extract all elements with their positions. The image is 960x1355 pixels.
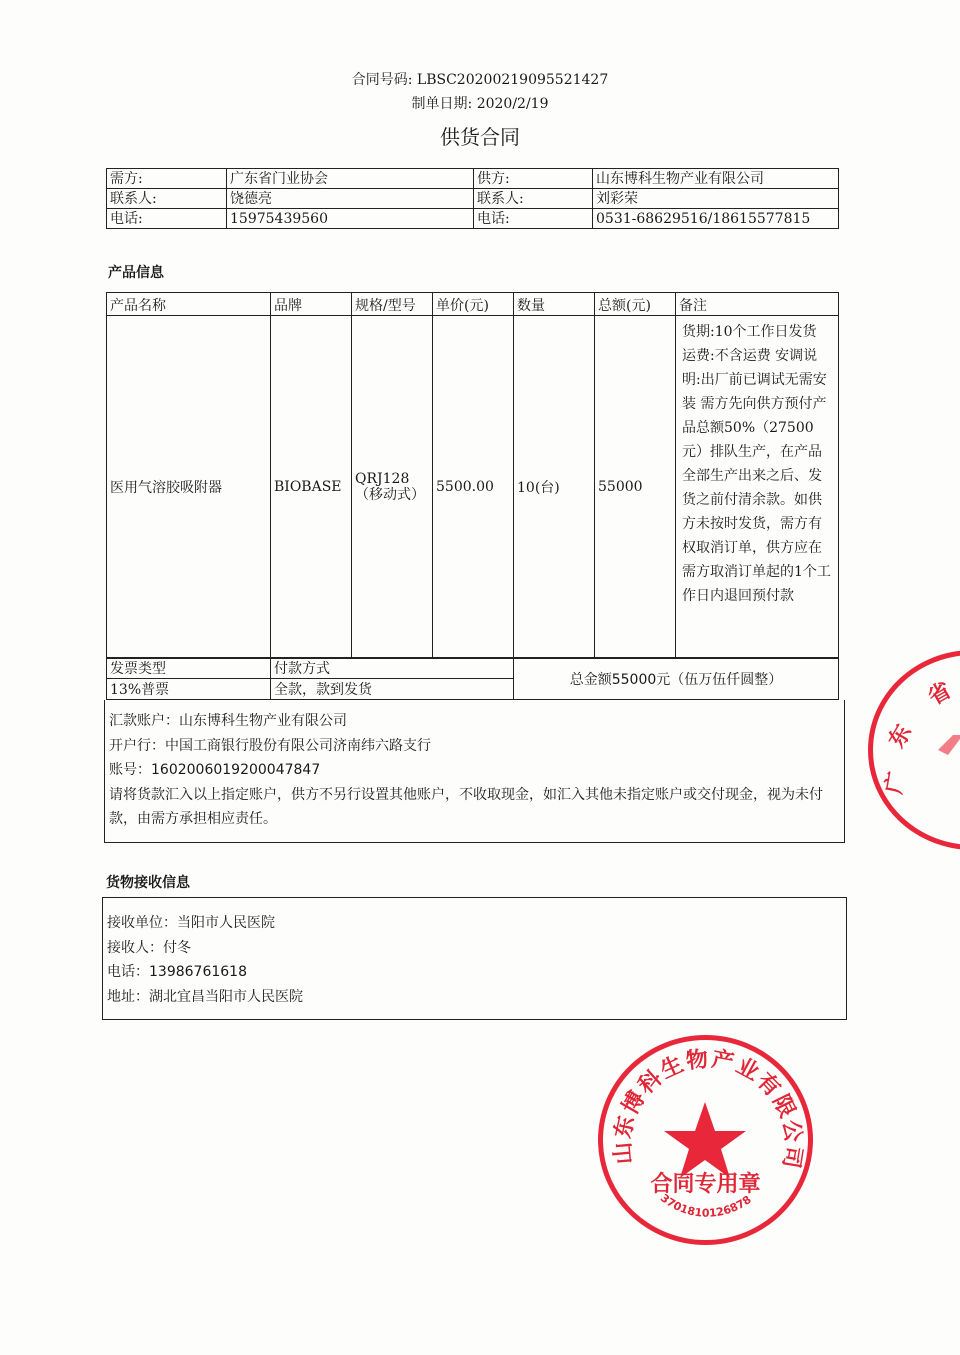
col-model: 规格/型号	[352, 293, 433, 316]
seller-contact-label: 联系人:	[474, 189, 593, 209]
grand-total: 总金额55000元（伍万伍仟圆整）	[514, 658, 839, 700]
buyer-contact-label: 联系人:	[107, 189, 227, 209]
product-name: 医用气溶胶吸附器	[107, 316, 271, 659]
product-model: QRJ128（移动式）	[352, 316, 433, 659]
account-number: 账号：1602006019200047847	[105, 758, 844, 783]
buyer-label: 需方:	[107, 169, 227, 189]
payment-method: 全款，款到发货	[271, 679, 514, 700]
parties-table: 需方: 广东省门业协会 供方: 山东博科生物产业有限公司 联系人: 饶德亮 联系…	[106, 168, 839, 229]
payment-method-label: 付款方式	[271, 658, 514, 679]
product-unit-price: 5500.00	[433, 316, 514, 659]
product-brand: BIOBASE	[271, 316, 352, 659]
product-quantity: 10(台)	[514, 316, 595, 659]
col-total: 总额(元)	[595, 293, 676, 316]
receiving-info-box: 接收单位：当阳市人民医院 接收人：付冬 电话：13986761618 地址：湖北…	[102, 897, 847, 1020]
issue-date-value: 2020/2/19	[477, 96, 549, 112]
contract-number: 合同号码: LBSC20200219095521427	[0, 69, 960, 89]
col-brand: 品牌	[271, 293, 352, 316]
product-section-title: 产品信息	[108, 262, 164, 282]
receiving-unit: 接收单位：当阳市人民医院	[103, 911, 846, 936]
buyer-phone-label: 电话:	[107, 209, 227, 229]
bank-name: 开户行：中国工商银行股份有限公司济南纬六路支行	[105, 734, 844, 759]
seller-phone: 0531-68629516/18615577815	[593, 209, 839, 229]
issue-date: 制单日期: 2020/2/19	[0, 93, 960, 113]
product-notes: 货期:10个工作日发货 运费:不含运费 安调说明:出厂前已调试无需安装 需方先向…	[676, 316, 839, 659]
product-table-header: 产品名称 品牌 规格/型号 单价(元) 数量 总额(元) 备注	[107, 293, 839, 316]
product-table: 产品名称 品牌 规格/型号 单价(元) 数量 总额(元) 备注 医用气溶胶吸附器…	[106, 292, 839, 659]
product-total: 55000	[595, 316, 676, 659]
buyer-seal-partial: 省 东 广	[868, 650, 960, 850]
seller-label: 供方:	[474, 169, 593, 189]
payment-notice: 请将货款汇入以上指定账户，供方不另行设置其他账户，不收取现金，如汇入其他未指定账…	[105, 783, 844, 832]
receiver: 接收人：付冬	[103, 936, 846, 961]
issue-date-label: 制单日期:	[412, 96, 473, 112]
payment-info-box: 汇款账户：山东博科生物产业有限公司 开户行：中国工商银行股份有限公司济南纬六路支…	[104, 700, 845, 843]
invoice-table: 发票类型 付款方式 总金额55000元（伍万伍仟圆整） 13%普票 全款，款到发…	[106, 657, 839, 700]
seller-contact: 刘彩荣	[593, 189, 839, 209]
col-product-name: 产品名称	[107, 293, 271, 316]
remit-account: 汇款账户：山东博科生物产业有限公司	[105, 709, 844, 734]
receiving-section-title: 货物接收信息	[106, 872, 190, 892]
buyer-name: 广东省门业协会	[227, 169, 474, 189]
seller-contract-seal: 山东博科生物产业有限公司 3701810126878 合同专用章	[598, 1035, 813, 1245]
invoice-type: 13%普票	[107, 679, 271, 700]
contract-number-value: LBSC20200219095521427	[417, 72, 608, 88]
contract-number-label: 合同号码:	[352, 72, 413, 88]
document-title: 供货合同	[0, 121, 960, 150]
receiver-phone: 电话：13986761618	[103, 960, 846, 985]
table-row: 医用气溶胶吸附器 BIOBASE QRJ128（移动式） 5500.00 10(…	[107, 316, 839, 659]
receiver-address: 地址：湖北宜昌当阳市人民医院	[103, 985, 846, 1010]
buyer-contact: 饶德亮	[227, 189, 474, 209]
seal-arc-text: 山东博科生物产业有限公司 3701810126878	[603, 1040, 808, 1240]
invoice-type-label: 发票类型	[107, 658, 271, 679]
buyer-phone: 15975439560	[227, 209, 474, 229]
seller-name: 山东博科生物产业有限公司	[593, 169, 839, 189]
col-unit-price: 单价(元)	[433, 293, 514, 316]
seal-type: 合同专用章	[603, 1167, 808, 1198]
col-quantity: 数量	[514, 293, 595, 316]
col-notes: 备注	[676, 293, 839, 316]
seller-phone-label: 电话:	[474, 209, 593, 229]
